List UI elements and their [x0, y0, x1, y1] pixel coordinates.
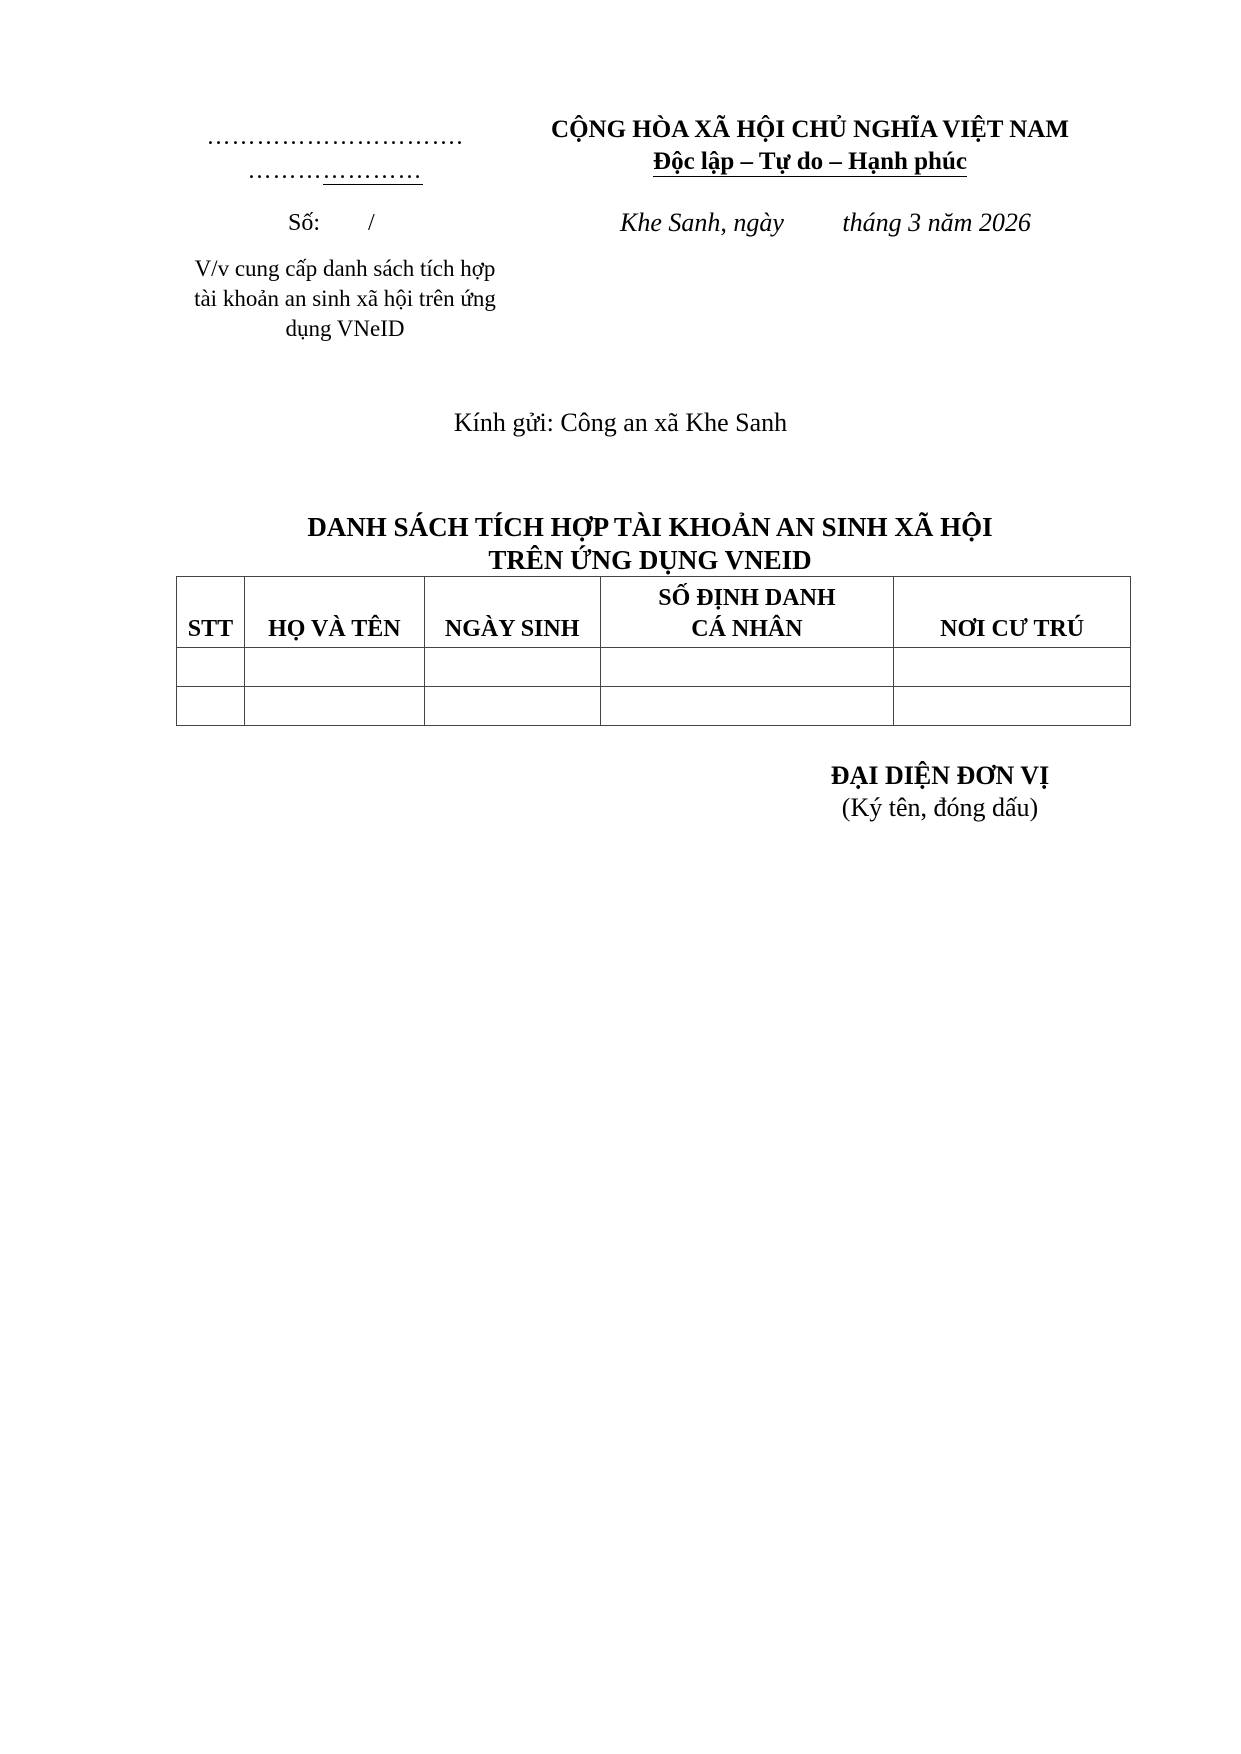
table-cell [177, 687, 245, 726]
column-header: NGÀY SINH [424, 577, 600, 648]
table-cell [244, 687, 424, 726]
signature-note: (Ký tên, đóng dấu) [790, 792, 1090, 824]
table-row [177, 648, 1131, 687]
account-list-table: STTHỌ VÀ TÊNNGÀY SINHSỐ ĐỊNH DANHCÁ NHÂN… [176, 576, 1131, 726]
recipient-line: Kính gửi: Công an xã Khe Sanh [0, 408, 1241, 438]
title-line-2: TRÊN ỨNG DỤNG VNEID [190, 544, 1110, 577]
national-header: CỘNG HÒA XÃ HỘI CHỦ NGHĨA VIỆT NAM Độc l… [520, 114, 1100, 178]
column-header: STT [177, 577, 245, 648]
agency-subname-dots: ……… [248, 158, 323, 184]
table-cell [177, 648, 245, 687]
table-cell [244, 648, 424, 687]
table-body [177, 648, 1131, 726]
place-date-line: Khe Sanh, ngày tháng 3 năm 2026 [620, 208, 1031, 238]
signature-title: ĐẠI DIỆN ĐƠN VỊ [790, 760, 1090, 792]
table-cell [894, 648, 1131, 687]
agency-subname-placeholder: ………………… [230, 158, 440, 185]
document-number: Số: / [288, 210, 375, 237]
motto-text: Độc lập – Tự do – Hạnh phúc [653, 148, 967, 177]
agency-subname-underlined: ………… [323, 158, 423, 185]
table-cell [424, 687, 600, 726]
column-header: NƠI CƯ TRÚ [894, 577, 1131, 648]
signature-block: ĐẠI DIỆN ĐƠN VỊ (Ký tên, đóng dấu) [790, 760, 1090, 824]
table-cell [894, 687, 1131, 726]
table-header-row: STTHỌ VÀ TÊNNGÀY SINHSỐ ĐỊNH DANHCÁ NHÂN… [177, 577, 1131, 648]
column-header: HỌ VÀ TÊN [244, 577, 424, 648]
column-header: SỐ ĐỊNH DANHCÁ NHÂN [600, 577, 894, 648]
table-cell [600, 687, 894, 726]
table-row [177, 687, 1131, 726]
document-subject: V/v cung cấp danh sách tích hợp tài khoả… [190, 254, 500, 344]
table-cell [424, 648, 600, 687]
agency-name-placeholder: …………………………. [195, 124, 475, 151]
table-cell [600, 648, 894, 687]
nation-title: CỘNG HÒA XÃ HỘI CHỦ NGHĨA VIỆT NAM [520, 114, 1100, 146]
document-title: DANH SÁCH TÍCH HỢP TÀI KHOẢN AN SINH XÃ … [190, 511, 1110, 577]
title-line-1: DANH SÁCH TÍCH HỢP TÀI KHOẢN AN SINH XÃ … [190, 511, 1110, 544]
national-motto: Độc lập – Tự do – Hạnh phúc [520, 146, 1100, 178]
